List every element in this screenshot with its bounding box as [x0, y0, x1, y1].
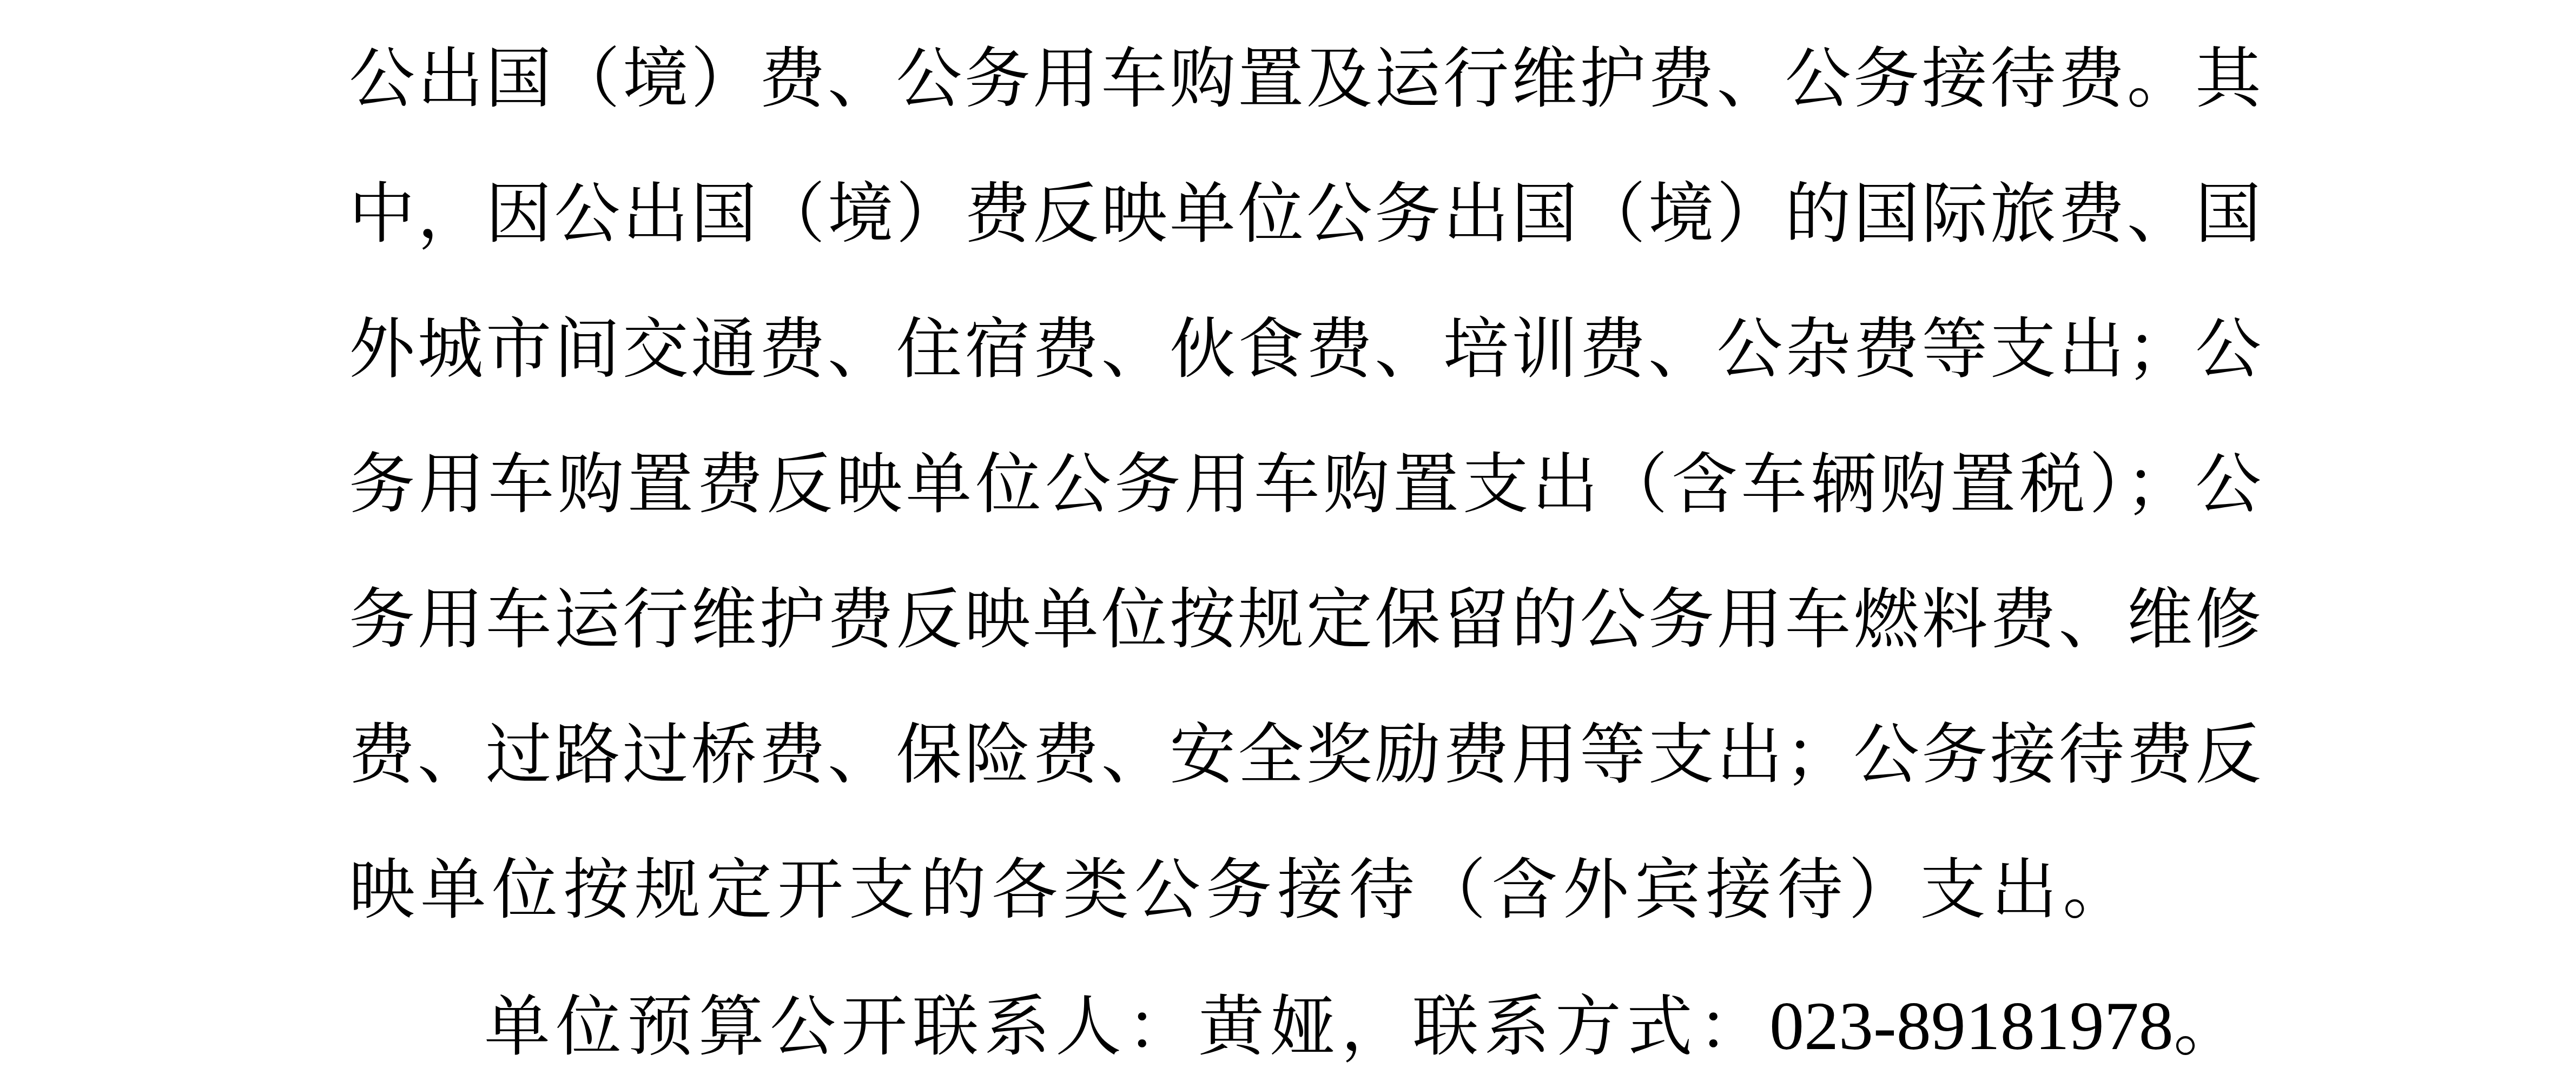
- paragraph-line: 中，因公出国（境）费反映单位公务出国（境）的国际旅费、国: [349, 168, 2261, 260]
- document-page: 公出国（境）费、公务用车购置及运行维护费、公务接待费。其 中，因公出国（境）费反…: [0, 0, 2576, 1068]
- paragraph-line: 公出国（境）费、公务用车购置及运行维护费、公务接待费。其: [349, 32, 2261, 124]
- contact-phone: 023-89181978: [1769, 987, 2174, 1064]
- paragraph-line: 外城市间交通费、住宿费、伙食费、培训费、公杂费等支出；公: [349, 303, 2261, 395]
- contact-suffix: 。: [2174, 988, 2245, 1065]
- contact-label: 单位预算公开联系人：黄娅，联系方式：: [484, 988, 1769, 1065]
- contact-line: 单位预算公开联系人：黄娅，联系方式：023-89181978。: [484, 980, 2261, 1068]
- paragraph-line: 费、过路过桥费、保险费、安全奖励费用等支出；公务接待费反: [349, 708, 2261, 800]
- paragraph-line: 务用车购置费反映单位公务用车购置支出（含车辆购置税）；公: [349, 438, 2261, 530]
- paragraph-line: 映单位按规定开支的各类公务接待（含外宾接待）支出。: [349, 844, 2261, 936]
- paragraph-line: 务用车运行维护费反映单位按规定保留的公务用车燃料费、维修: [349, 573, 2261, 665]
